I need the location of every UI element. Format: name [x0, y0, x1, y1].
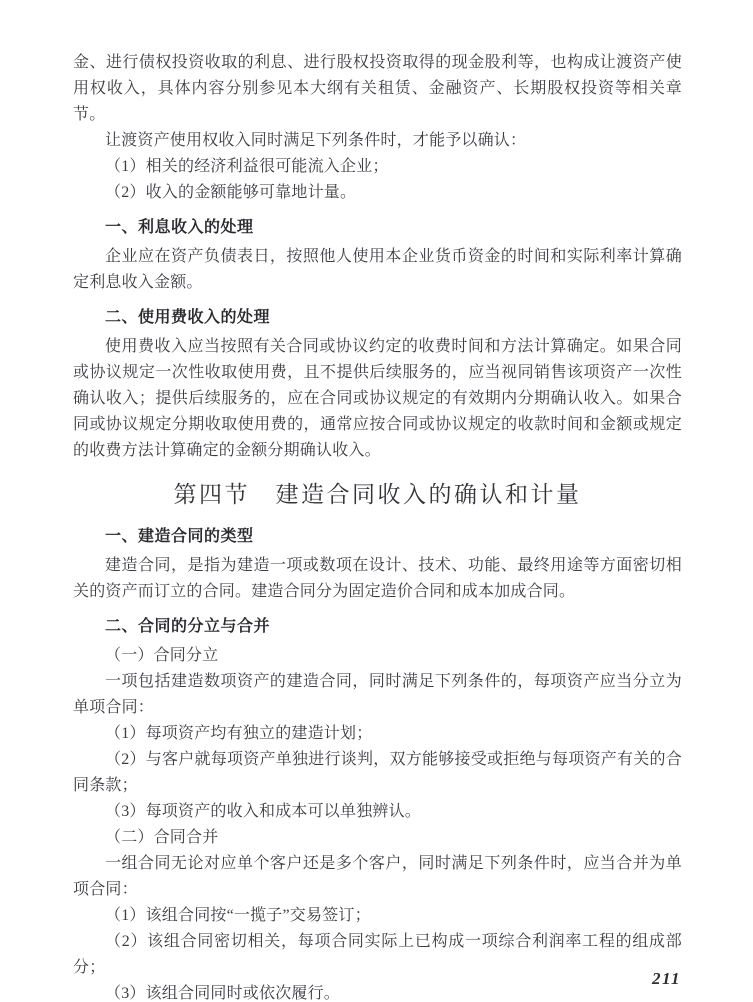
heading-royalty-income: 二、使用费收入的处理 — [73, 305, 682, 331]
subheading-contract-merge: （二）合同合并 — [73, 825, 682, 851]
paragraph-royalty-income: 使用费收入应当按照有关合同或协议约定的收费时间和方法计算确定。如果合同或协议规定… — [73, 334, 682, 464]
list-item-transfer-2: （2）收入的金额能够可靠地计量。 — [73, 180, 682, 206]
section-title: 第四节 建造合同收入的确认和计量 — [73, 478, 682, 512]
paragraph-transfer-conditions: 让渡资产使用权收入同时满足下列条件时，才能予以确认： — [73, 128, 682, 154]
paragraph-usage-rights-continued: 金、进行债权投资收取的利息、进行股权投资取得的现金股利等，也构成让渡资产使用权收… — [73, 50, 682, 128]
paragraph-contract-split-conditions: 一项包括建造数项资产的建造合同，同时满足下列条件的，每项资产应当分立为单项合同： — [73, 669, 682, 721]
paragraph-contract-merge-conditions: 一组合同无论对应单个客户还是多个客户，同时满足下列条件时，应当合并为单项合同： — [73, 851, 682, 903]
document-page: 金、进行债权投资收取的利息、进行股权投资取得的现金股利等，也构成让渡资产使用权收… — [0, 0, 753, 1002]
list-item-merge-2: （2）该组合同密切相关，每项合同实际上已构成一项综合利润率工程的组成部分； — [73, 929, 682, 981]
paragraph-interest-income: 企业应在资产负债表日，按照他人使用本企业货币资金的时间和实际利率计算确定利息收入… — [73, 244, 682, 296]
heading-interest-income: 一、利息收入的处理 — [73, 215, 682, 241]
list-item-split-1: （1）每项资产均有独立的建造计划； — [73, 721, 682, 747]
list-item-merge-1: （1）该组合同按“一揽子”交易签订； — [73, 903, 682, 929]
list-item-split-2: （2）与客户就每项资产单独进行谈判，双方能够接受或拒绝与每项资产有关的合同条款； — [73, 747, 682, 799]
list-item-split-3: （3）每项资产的收入和成本可以单独辨认。 — [73, 799, 682, 825]
list-item-merge-3: （3）该组合同同时或依次履行。 — [73, 981, 682, 1002]
page-number: 211 — [652, 969, 681, 989]
paragraph-construction-contract-definition: 建造合同，是指为建造一项或数项在设计、技术、功能、最终用途等方面密切相关的资产而… — [73, 553, 682, 605]
list-item-transfer-1: （1）相关的经济利益很可能流入企业； — [73, 154, 682, 180]
subheading-contract-split: （一）合同分立 — [73, 643, 682, 669]
heading-contract-split-merge: 二、合同的分立与合并 — [73, 614, 682, 640]
heading-construction-contract-types: 一、建造合同的类型 — [73, 524, 682, 550]
